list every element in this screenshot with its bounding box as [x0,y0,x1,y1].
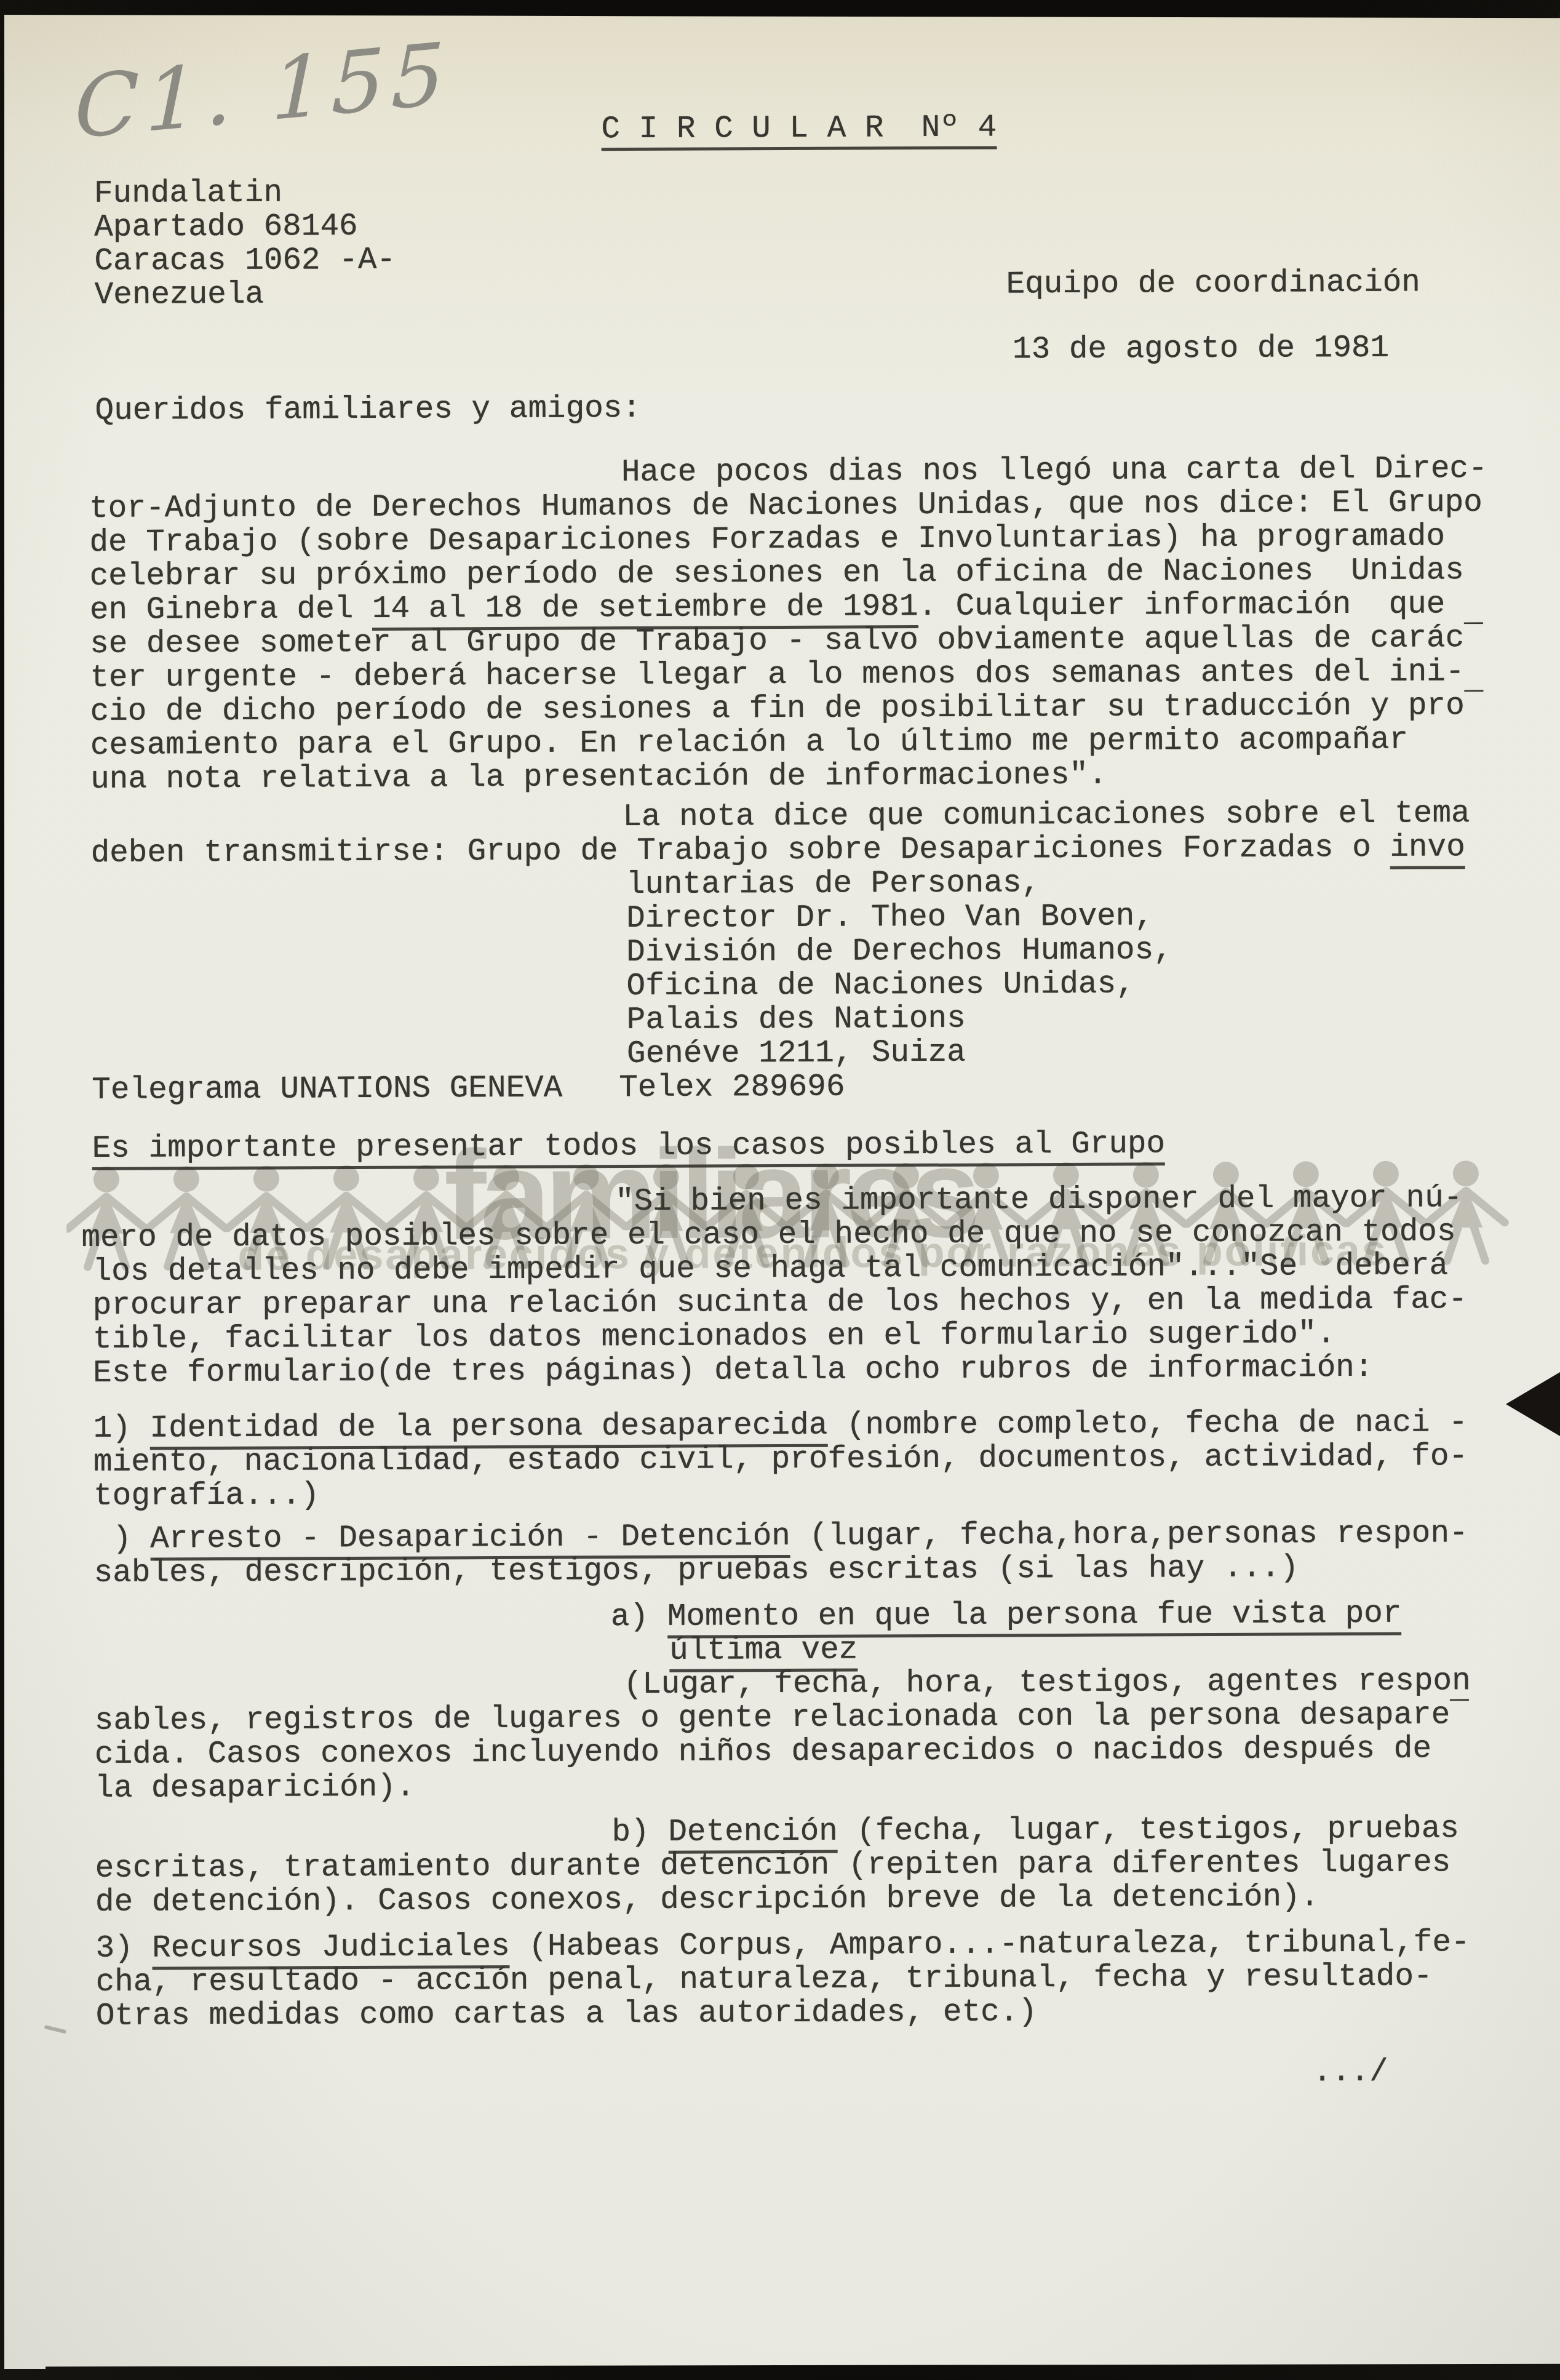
underlined-text: Momento en que la persona fue vista por [667,1597,1402,1639]
typewritten-line: una nota relativa a la presentación de i… [90,757,1489,797]
typewritten-line: Apartado 68146 [94,210,396,245]
text: Telegrama UNATIONS GENEVA Telex 289696 [92,1070,845,1108]
underlined-text: Es importante presentar todos los casos … [92,1127,1166,1170]
typewritten-line: de detención). Casos conexos, descripció… [95,1880,1459,1920]
sender-address-block: FundalatinApartado 68146Caracas 1062 -A-… [94,176,396,313]
text: Director Dr. Theo Van Boven, [626,899,1153,936]
typewritten-line: Oficina de Naciones Unidas, [626,966,1470,1004]
paragraph-form-instructions: "Si bien es importante disponer del mayo… [92,1181,1468,1391]
text: Queridos familiares y amigos: [95,391,641,429]
list-item-identidad: 1) Identidad de la persona desaparecida … [94,1406,1468,1514]
date-line: 13 de agosto de 1981 [1013,332,1389,367]
text: 3) [95,1931,152,1966]
typewritten-line: Venezuela [95,278,396,313]
page-continuation-mark: .../ [1313,2056,1388,2090]
typewritten-line: Director Dr. Theo Van Boven, [626,898,1470,936]
scan-edge-bottom [46,2364,1560,2380]
text: Palais des Nations [627,1002,966,1038]
text: Oficina de Naciones Unidas, [626,967,1135,1004]
typewritten-line: Queridos familiares y amigos: [95,392,641,428]
text: (Habeas Corpus, Amparo...-naturaleza, tr… [510,1925,1470,1965]
text: en Ginebra del [90,592,372,628]
text: . Cualquier información que [918,587,1445,625]
text: cha, resultado - acción penal, naturalez… [95,1959,1432,2000]
typewritten-line: División de Derechos Humanos, [626,932,1470,970]
typewritten-line: 13 de agosto de 1981 [1013,332,1389,367]
list-subitem-momento: a) Momento en que la persona fue vista p… [94,1597,1471,1806]
typewritten-line: Palais des Nations [627,1000,1471,1037]
text: a) [611,1600,667,1635]
typewritten-line: Este formulario(de tres páginas) detalla… [93,1351,1467,1391]
typewritten-line: luntarias de Personas, [626,865,1470,902]
typewritten-line: Equipo de coordinación [1006,266,1420,301]
text: tografía...) [94,1478,320,1514]
list-item-arresto: ) Arresto - Desaparición - Detención (lu… [94,1517,1468,1591]
text: (fecha, lugar, testigos, pruebas [838,1811,1459,1849]
typewritten-line: C I R C U L A R Nº 4 [601,111,997,146]
typewritten-line: Genéve 1211, Suiza [627,1034,1471,1071]
pencil-dash-mark [44,2025,66,2034]
typewritten-line: cha, resultado - acción penal, naturalez… [95,1960,1470,2000]
text: miento, nacionalidad, estado civil, prof… [94,1439,1468,1480]
text: la desaparición). [95,1770,415,1807]
underlined-text: invo [1390,830,1465,869]
text: Genéve 1211, Suiza [627,1036,966,1072]
typewritten-line: b) Detención (fecha, lugar, testigos, pr… [611,1812,1459,1850]
text: La nota dice que comunicaciones sobre el… [623,796,1470,835]
coordination-team-line: Equipo de coordinación [1006,266,1420,301]
text: Equipo de coordinación [1006,265,1420,302]
text: sables, descripción, testigos, pruebas e… [94,1551,1299,1591]
typewritten-line: tografía...) [94,1474,1468,1514]
typewritten-line: "Si bien es importante disponer del mayo… [615,1181,1466,1219]
text: una nota relativa a la presentación de i… [90,758,1107,797]
typewritten-line: Fundalatin [94,176,396,211]
text: (nombre completo, fecha de naci - [827,1405,1468,1444]
handwritten-archive-number: C1. 155 [74,34,332,158]
scanned-document-page: C1. 155 familiares de desaparecidos y de… [0,0,1560,2380]
text: Apartado 68146 [94,209,358,246]
typewritten-line: la desaparición). [95,1766,1471,1806]
text: .../ [1313,2055,1388,2091]
typewritten-line: Hace pocos dias nos llegó una carta del … [621,452,1487,490]
section-heading: Es importante presentar todos los casos … [92,1127,1166,1166]
text: cida. Casos conexos incluyendo niños des… [95,1731,1431,1772]
paragraph-transmission-address: La nota dice que comunicaciones sobre el… [90,797,1471,1108]
typewritten-line: .../ [1313,2056,1388,2090]
typewritten-line: Es importante presentar todos los casos … [92,1127,1166,1166]
scan-edge-left [0,0,4,2380]
text: División de Derechos Humanos, [626,933,1172,970]
typewritten-line: cida. Casos conexos incluyendo niños des… [95,1732,1471,1772]
typewritten-line: Otras medidas como cartas a las autorida… [96,1994,1470,2034]
text: 13 de agosto de 1981 [1013,331,1389,368]
text: luntarias de Personas, [626,866,1041,903]
typewritten-line: (Lugar, fecha, hora, testigos, agentes r… [623,1664,1470,1702]
text: Fundalatin [94,176,282,212]
circular-title: C I R C U L A R Nº 4 [601,111,997,146]
text: (Lugar, fecha, hora, testigos, agentes r… [623,1664,1470,1703]
text: b) [611,1815,668,1850]
text: deben transmitirse: Grupo de Trabajo sob… [90,831,1390,871]
underlined-text: C I R C U L A R Nº 4 [601,110,997,151]
text: ) [94,1522,150,1557]
text: Venezuela [95,278,265,313]
list-item-recursos: 3) Recursos Judiciales (Habeas Corpus, A… [95,1926,1470,2034]
typewritten-line: deben transmitirse: Grupo de Trabajo sob… [90,831,1470,871]
text: de detención). Casos conexos, descripció… [95,1880,1319,1920]
typewritten-line: Caracas 1062 -A- [94,244,396,279]
text: Otras medidas como cartas a las autorida… [96,1995,1037,2034]
typewritten-line: miento, nacionalidad, estado civil, prof… [94,1440,1468,1480]
typewritten-line: Telegrama UNATIONS GENEVA Telex 289696 [92,1068,1471,1108]
text: Este formulario(de tres páginas) detalla… [93,1351,1373,1391]
typewritten-line: La nota dice que comunicaciones sobre el… [623,797,1470,834]
text: (lugar, fecha,hora,personas respon- [790,1516,1468,1554]
document-content: C1. 155 familiares de desaparecidos y de… [0,0,1560,2380]
salutation: Queridos familiares y amigos: [95,392,641,428]
text: "Si bien es importante disponer del mayo… [615,1181,1462,1220]
list-subitem-detencion: b) Detención (fecha, lugar, testigos, pr… [95,1812,1459,1920]
text: cesamiento para el Grupo. En relación a … [90,723,1409,764]
text: Hace pocos dias nos llegó una carta del … [621,452,1487,490]
typewritten-line: a) Momento en que la persona fue vista p… [611,1597,1470,1634]
text: Caracas 1062 -A- [94,243,396,279]
paragraph-un-letter: Hace pocos dias nos llegó una carta del … [89,452,1489,797]
scan-black-wedge [1506,1372,1560,1436]
text: 1) [94,1411,150,1446]
typewritten-line: cesamiento para el Grupo. En relación a … [90,723,1489,763]
typewritten-line: sables, descripción, testigos, pruebas e… [94,1551,1468,1591]
